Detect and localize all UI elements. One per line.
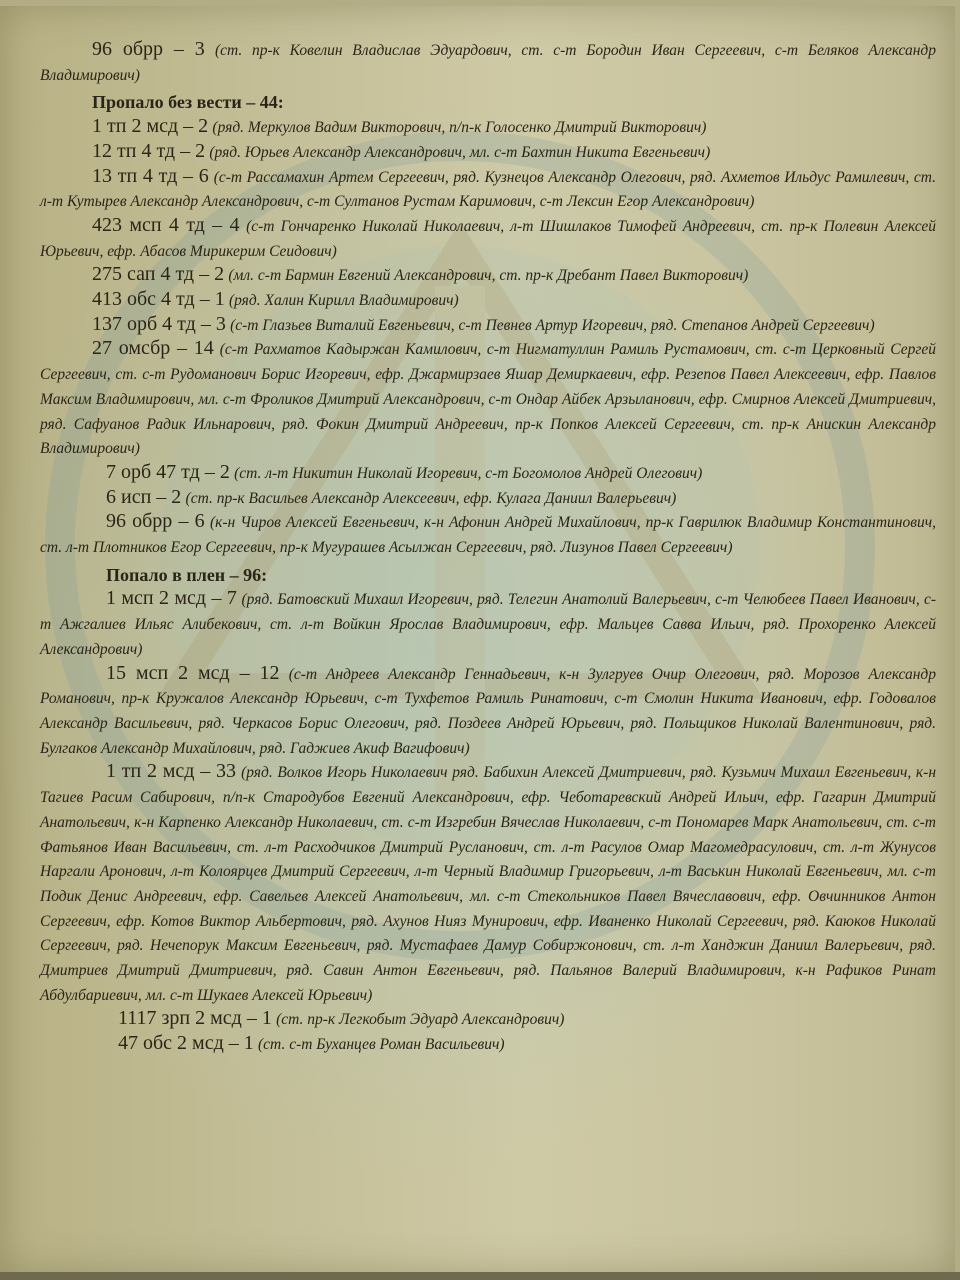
unit-label: 15 мсп 2 мсд – 12 xyxy=(106,662,280,684)
list-item: 1 тп 2 мсд – 2 (ряд. Меркулов Вадим Викт… xyxy=(40,115,936,140)
unit-label: 96 обрр – 6 xyxy=(106,510,205,532)
unit-label: 1 мсп 2 мсд – 7 xyxy=(106,587,237,609)
names-list: (ряд. Волков Игорь Николаевич ряд. Бабих… xyxy=(40,764,936,1003)
unit-label: 1 тп 2 мсд – 2 xyxy=(92,115,208,137)
unit-label: 13 тп 4 тд – 6 xyxy=(92,165,209,187)
list-item: 27 омсбр – 14 (с-т Рахматов Кадыржан Кам… xyxy=(40,337,936,461)
unit-label: 6 исп – 2 xyxy=(106,486,181,508)
unit-label: 1117 зрп 2 мсд – 1 xyxy=(118,1007,272,1029)
names-list: (мл. с-т Бармин Евгений Александрович, с… xyxy=(228,267,748,284)
names-list: (ст. с-т Буханцев Роман Васильевич) xyxy=(258,1036,505,1053)
list-item: 96 обрр – 3 (ст. пр-к Ковелин Владислав … xyxy=(40,38,936,87)
names-list: (ст. пр-к Васильев Александр Алексеевич,… xyxy=(186,490,677,507)
list-item: 1 мсп 2 мсд – 7 (ряд. Батовский Михаил И… xyxy=(40,587,936,661)
names-list: (ст. пр-к Легкобыт Эдуард Александрович) xyxy=(276,1011,564,1028)
names-list: (ряд. Юрьев Александр Александрович, мл.… xyxy=(209,144,710,161)
names-list: (ряд. Халин Кирилл Владимирович) xyxy=(229,292,459,309)
list-item: 1117 зрп 2 мсд – 1 (ст. пр-к Легкобыт Эд… xyxy=(40,1007,936,1032)
list-item: 13 тп 4 тд – 6 (с-т Рассамахин Артем Сер… xyxy=(40,165,936,214)
unit-label: 96 обрр – 3 xyxy=(92,38,205,60)
unit-label: 7 орб 47 тд – 2 xyxy=(106,461,230,483)
names-list: (ряд. Меркулов Вадим Викторович, п/п-к Г… xyxy=(212,119,706,136)
unit-label: 413 обс 4 тд – 1 xyxy=(92,288,225,310)
names-list: (ст. л-т Никитин Николай Игоревич, с-т Б… xyxy=(234,465,702,482)
list-item: 137 орб 4 тд – 3 (с-т Глазьев Виталий Ев… xyxy=(40,313,936,338)
page-bottom-edge xyxy=(0,1272,960,1280)
section-heading-missing: Пропало без вести – 44: xyxy=(40,91,936,115)
list-item: 275 сап 4 тд – 2 (мл. с-т Бармин Евгений… xyxy=(40,263,936,288)
unit-label: 423 мсп 4 тд – 4 xyxy=(92,214,240,236)
list-item: 1 тп 2 мсд – 33 (ряд. Волков Игорь Никол… xyxy=(40,760,936,1007)
document-body: 96 обрр – 3 (ст. пр-к Ковелин Владислав … xyxy=(40,38,936,1057)
section-heading-captured: Попало в плен – 96: xyxy=(40,564,936,588)
names-list: (с-т Глазьев Виталий Евгеньевич, с-т Пев… xyxy=(230,317,875,334)
unit-label: 47 обс 2 мсд – 1 xyxy=(118,1032,254,1054)
list-item: 15 мсп 2 мсд – 12 (с-т Андреев Александр… xyxy=(40,662,936,761)
list-item: 96 обрр – 6 (к-н Чиров Алексей Евгеньеви… xyxy=(40,510,936,559)
unit-label: 27 омсбр – 14 xyxy=(92,337,214,359)
list-item: 12 тп 4 тд – 2 (ряд. Юрьев Александр Але… xyxy=(40,140,936,165)
unit-label: 1 тп 2 мсд – 33 xyxy=(106,760,236,782)
list-item: 423 мсп 4 тд – 4 (с-т Гончаренко Николай… xyxy=(40,214,936,263)
list-item: 7 орб 47 тд – 2 (ст. л-т Никитин Николай… xyxy=(40,461,936,486)
list-item: 47 обс 2 мсд – 1 (ст. с-т Буханцев Роман… xyxy=(40,1032,936,1057)
unit-label: 137 орб 4 тд – 3 xyxy=(92,313,226,335)
unit-label: 275 сап 4 тд – 2 xyxy=(92,263,224,285)
unit-label: 12 тп 4 тд – 2 xyxy=(92,140,205,162)
list-item: 6 исп – 2 (ст. пр-к Васильев Александр А… xyxy=(40,486,936,511)
list-item: 413 обс 4 тд – 1 (ряд. Халин Кирилл Влад… xyxy=(40,288,936,313)
